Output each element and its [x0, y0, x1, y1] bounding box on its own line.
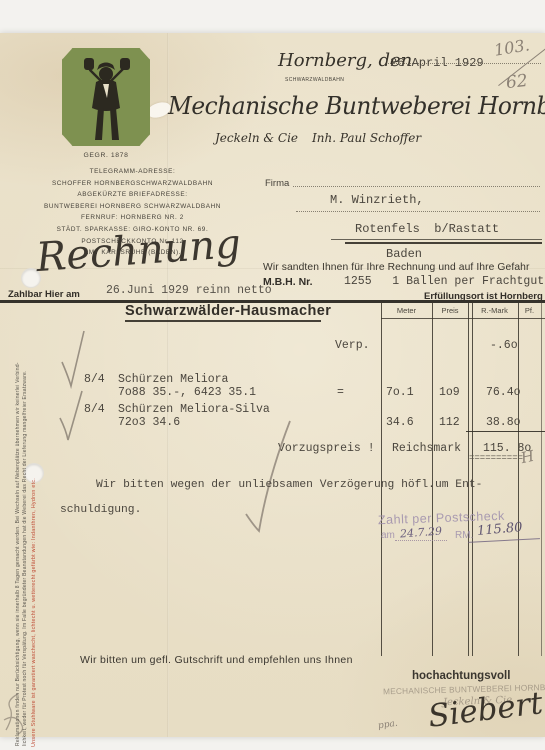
row1-meter: 7o.1 [386, 386, 414, 399]
row2-preis: 112 [439, 416, 460, 429]
col-header-rmark: R.-Mark [471, 306, 518, 315]
company-name: Mechanische Buntweberei Hornberg [168, 92, 545, 120]
row2-amount: 38.8o [486, 416, 521, 429]
founded-year: GEGR. 1878 [62, 150, 150, 162]
payment-stamp-am-label: am [381, 530, 395, 541]
apology-line2: schuldigung. [60, 504, 141, 516]
schwarzwald-man-logo [62, 48, 150, 146]
verp-amount: -.6o [490, 339, 518, 352]
margin-note-red: Unsere Stuhlware ist garantiert waschech… [31, 295, 37, 747]
row2-meter: 34.6 [386, 416, 414, 429]
pencil-checkmark-large [238, 418, 298, 536]
product-heading-underline [125, 320, 321, 322]
margin-note-dark-1: Reklamationen finden nur Berücksichtigun… [15, 294, 21, 746]
firma-rule [293, 186, 540, 187]
row1-amount: 76.4o [486, 386, 521, 399]
fulfillment-place: Erfüllungsort ist Hornberg [424, 291, 543, 302]
total-currency: Reichsmark [392, 442, 461, 455]
col-header-meter: Meter [381, 306, 432, 315]
subtotal-underline [466, 431, 545, 432]
row1-desc: Schürzen Meliora [118, 373, 228, 386]
closing-line: Wir bitten um gefl. Gutschrift und empfe… [80, 654, 353, 666]
table-column-line [541, 302, 542, 656]
company-partners: Jeckeln & Cie [215, 131, 298, 145]
company-owner: Inh. Paul Schoffer [312, 131, 421, 145]
recipient-name: M. Winzrieth, [330, 193, 424, 207]
row2-desc2: 72o3 34.6 [118, 416, 180, 429]
info-line: BUNTWEBEREI HORNBERG SCHWARZWALDBAHN [10, 201, 255, 213]
recipient-city: Rotenfels b/Rastatt [355, 222, 499, 236]
date-rule [385, 63, 541, 64]
row2-qty: 8/4 [84, 403, 105, 416]
pencil-checkmark [56, 388, 86, 444]
shipping-line: Wir sandten Ihnen für Ihre Rechnung und … [263, 262, 530, 273]
row2-desc: Schürzen Meliora-Silva [118, 403, 270, 416]
info-line: SCHOFFER HORNBERGSCHWARZWALDBAHN [10, 178, 255, 190]
recipient-name-rule [296, 211, 540, 212]
table-header-rule [381, 318, 545, 319]
info-line: TELEGRAMM-ADRESSE: [10, 166, 255, 178]
product-heading: Schwarzwälder-Hausmacher [125, 303, 331, 319]
payable-value: 26.Juni 1929 reinn netto [106, 284, 272, 297]
row1-preis: 1o9 [439, 386, 460, 399]
mbh-value: 1255 1 Ballen per Frachtgut [344, 275, 544, 288]
logo-figure-illustration [62, 48, 150, 146]
scanned-invoice: GEGR. 1878 TELEGRAMM-ADRESSE: SCHOFFER H… [0, 0, 545, 750]
place-sub-label: SCHWARZWALDBAHN [285, 77, 344, 83]
recipient-region: Baden [386, 247, 422, 261]
row1-desc2: 7o88 35.-, 6423 35.1 [118, 386, 256, 399]
col-header-preis: Preis [432, 306, 468, 315]
pencil-checkmark [58, 328, 88, 390]
pencil-number-bottom: 62 [505, 71, 529, 93]
table-column-line [518, 302, 519, 656]
row1-eq: = [337, 386, 344, 399]
firma-label: Firma [265, 178, 289, 189]
payment-stamp-rm-label: RM. [455, 530, 473, 541]
verp-label: Verp. [335, 339, 370, 352]
apology-line1: Wir bitten wegen der unliebsamen Verzöge… [96, 479, 482, 491]
margin-note-dark-2: lichkeit, weder für Protest noch für Ver… [22, 294, 28, 746]
col-header-pf: Pf. [518, 306, 541, 315]
city-underline-thin [331, 239, 542, 240]
city-underline-thick [345, 242, 542, 244]
salutation: hochachtungsvoll [412, 670, 510, 682]
total-double-rule: ========== [469, 453, 523, 463]
info-line: ABGEKÜRZTE BRIEFADRESSE: [10, 189, 255, 201]
